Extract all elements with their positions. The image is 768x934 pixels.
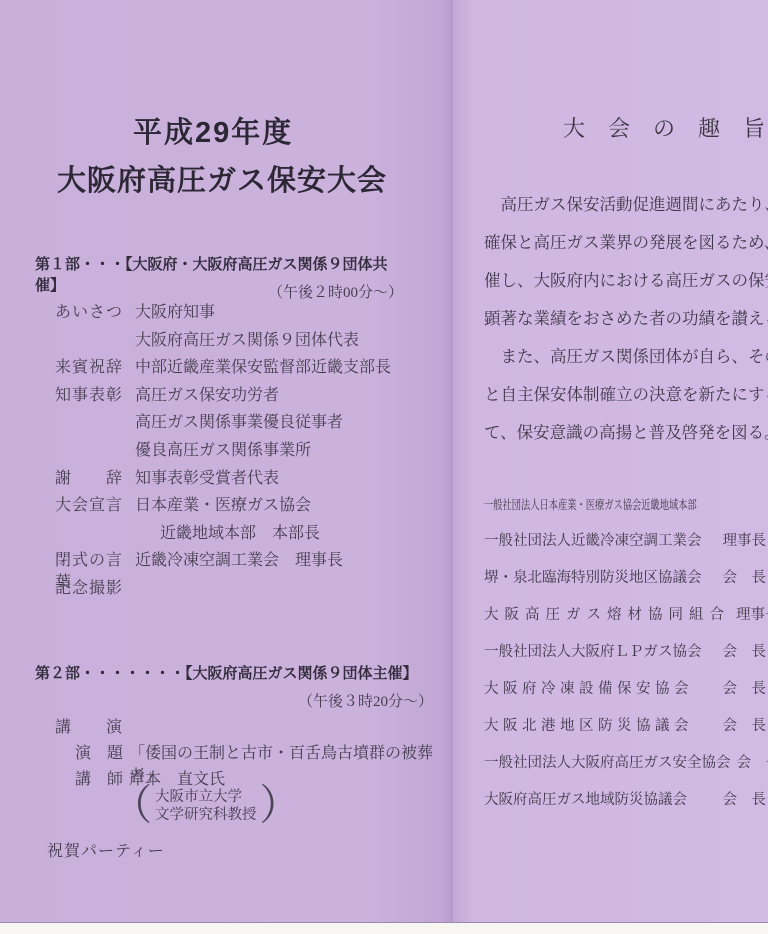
program-title-event: 大阪府高圧ガス保安大会 [57,158,387,199]
organization-role: 理事長 [717,531,767,568]
program-left-page: 平成29年度 大阪府高圧ガス保安大会 第１部・・・【大阪府・大阪府高圧ガス関係９… [0,0,453,922]
schedule-value: 高圧ガス保安功労者 [135,385,445,407]
schedule-row: 来賓祝辞 中部近畿産業保安監督部近畿支部長 [55,357,445,385]
organization-row: 堺・泉北臨海特別防災地区協議会 会 長 [484,568,766,605]
paragraph-line: と自主保安体制確立の決意を新たにする [484,376,768,414]
organization-name: 大阪北港地区防災協議会 [484,716,693,753]
organization-role: 会 長 [717,642,767,679]
organization-name: 堺・泉北臨海特別防災地区協議会 [484,568,702,605]
open-paren-glyph: （ [112,785,152,827]
organization-row: 大阪北港地区防災協議会 会 長 [484,716,766,753]
party-label: 祝賀パーティー [47,838,165,861]
organization-role: 会 長 [717,568,767,605]
schedule-row: 謝 辞 知事表彰受賞者代表 [55,468,445,496]
organization-role: 会 長 [717,679,767,716]
paragraph-line: て、保安意識の高揚と普及啓発を図る。 [484,414,768,452]
schedule-label: 知事表彰 [55,385,135,407]
paragraph-line: 催し、大阪府内における高圧ガスの保安 [484,262,768,300]
affiliation-lines: 大阪市立大学 文学研究科教授 [152,788,260,824]
organization-row: 大阪高圧ガス熔材協同組合 理事長 [484,605,766,642]
organization-name: 大阪府冷凍設備保安協会 [484,679,693,716]
schedule-value: 日本産業・医療ガス協会 [135,495,445,517]
schedule-value: 中部近畿産業保安監督部近畿支部長 [135,357,445,379]
paragraph-line: 確保と高圧ガス業界の発展を図るため、 [484,224,768,262]
schedule-row: 閉式の言葉 近畿冷凍空調工業会 理事長 [55,550,445,578]
organization-row: 一般社団法人大阪府ＬＰガス協会 会 長 [484,642,766,679]
organization-name: 一般社団法人日本産業・医療ガス協会近畿地域本部 [484,494,697,531]
schedule-row: 高圧ガス関係事業優良従事者 [55,412,445,440]
organization-row: 一般社団法人日本産業・医療ガス協会近畿地域本部 本部長 [484,494,766,531]
schedule-row: 近畿地域本部 本部長 [55,523,445,551]
schedule-value: 近畿地域本部 本部長 [135,523,445,545]
part1-schedule-list: あいさつ 大阪府知事 大阪府高圧ガス関係９団体代表 来賓祝辞 中部近畿産業保安監… [55,302,445,606]
affiliation-university: 大阪市立大学 [155,789,242,805]
part2-heading: 第２部・・・・・・・【大阪府高圧ガス関係９団体主催】 [35,662,433,683]
schedule-row: 大会宣言 日本産業・医療ガス協会 [55,495,445,523]
organization-name: 一般社団法人大阪府高圧ガス安全協会 [484,753,731,790]
schedule-label: 記念撮影 [55,578,135,600]
part2-start-time: （午後３時20分～） [35,690,433,711]
schedule-value: 高圧ガス関係事業優良従事者 [135,412,445,434]
schedule-value: 大阪府知事 [135,302,445,324]
schedule-row: 大阪府高圧ガス関係９団体代表 [55,330,445,358]
organization-role: 理事長 [730,605,768,642]
lecture-label: 講 演 [55,714,123,737]
organization-role: 会 長 [717,716,767,753]
organization-name: 大阪府高圧ガス地域防災協議会 [484,790,687,827]
scanned-event-program: 平成29年度 大阪府高圧ガス保安大会 第１部・・・【大阪府・大阪府高圧ガス関係９… [0,0,768,934]
schedule-row: 優良高圧ガス関係事業所 [55,440,445,468]
speaker-affiliation: （ 大阪市立大学 文学研究科教授 ） [112,786,300,826]
purpose-paragraph: 高圧ガス保安活動促進週間にあたり、 確保と高圧ガス業界の発展を図るため、 催し、… [484,186,768,452]
scan-bottom-edge [0,922,768,934]
schedule-value: 近畿冷凍空調工業会 理事長 [135,550,445,572]
schedule-label: あいさつ [55,302,135,324]
organization-list: 一般社団法人日本産業・医療ガス協会近畿地域本部 本部長 一般社団法人近畿冷凍空調… [484,494,766,827]
schedule-label: 大会宣言 [55,495,135,517]
organization-role: 会 長 [717,790,767,827]
organization-name: 一般社団法人大阪府ＬＰガス協会 [484,642,702,679]
close-paren-glyph: ） [260,785,300,827]
affiliation-position: 文学研究科教授 [155,807,257,823]
paragraph-line: 顕著な業績をおさめた者の功績を讃える [484,300,768,338]
schedule-value: 大阪府高圧ガス関係９団体代表 [135,330,445,352]
organization-row: 一般社団法人大阪府高圧ガス安全協会 会 長 [484,753,766,790]
schedule-row: あいさつ 大阪府知事 [55,302,445,330]
schedule-label: 謝 辞 [55,468,135,490]
schedule-value: 優良高圧ガス関係事業所 [135,440,445,462]
purpose-heading: 大会の趣旨 [563,112,768,143]
schedule-label: 来賓祝辞 [55,357,135,379]
purpose-right-page: 大会の趣旨 高圧ガス保安活動促進週間にあたり、 確保と高圧ガス業界の発展を図るた… [453,0,768,922]
paragraph-line: また、高圧ガス関係団体が自ら、その [484,338,768,376]
organization-name: 大阪高圧ガス熔材協同組合 [484,605,730,642]
part1-start-time: （午後２時00分～） [35,281,403,302]
organization-role: 会 長 [731,753,768,790]
paragraph-line: 高圧ガス保安活動促進週間にあたり、 [484,186,768,224]
organization-row: 一般社団法人近畿冷凍空調工業会 理事長 [484,531,766,568]
schedule-value: 知事表彰受賞者代表 [135,468,445,490]
program-title-year: 平成29年度 [133,110,293,151]
schedule-row: 知事表彰 高圧ガス保安功労者 [55,385,445,413]
schedule-row: 記念撮影 [55,578,445,606]
organization-row: 大阪府高圧ガス地域防災協議会 会 長 [484,790,766,827]
organization-row: 大阪府冷凍設備保安協会 会 長 [484,679,766,716]
organization-name: 一般社団法人近畿冷凍空調工業会 [484,531,702,568]
